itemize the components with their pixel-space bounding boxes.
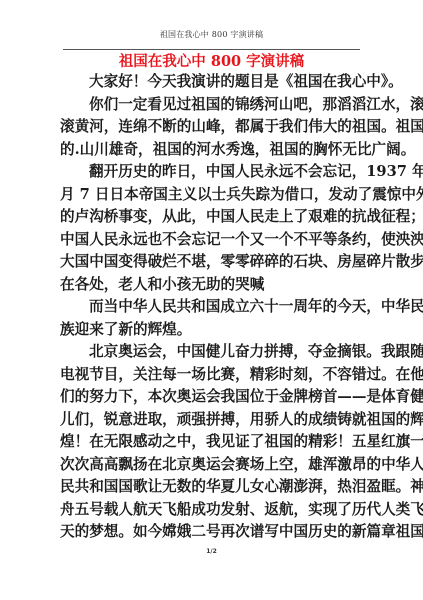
document-body: 大家好！今天我演讲的题目是《祖国在我心中》。 你们一定看见过祖国的锦绣河山吧，那…: [60, 71, 354, 544]
text-line: 们的努力下，本次奥运会我国位于金牌榜首——是体育健: [60, 386, 354, 409]
text-line: 族迎来了新的辉煌。: [60, 319, 354, 342]
text-line: 大国中国变得破烂不堪，零零碎碎的石块、房屋碎片散步: [60, 251, 354, 274]
paragraph-anniversary: 而当中华人民共和国成立六十一周年的今天，中华民 族迎来了新的辉煌。: [60, 296, 354, 341]
paragraph-olympics: 北京奥运会，中国健儿奋力拼搏，夺金摘银。我跟随 电视节目，关注每一场比赛，精彩时…: [60, 341, 354, 544]
text-line: 天的梦想。如今嫦娥二号再次谱写中国历史的新篇章祖国，: [60, 521, 354, 544]
text-line: 而当中华人民共和国成立六十一周年的今天，中华民: [60, 296, 354, 319]
running-header: 祖国在我心中 800 字演讲稿: [0, 30, 423, 40]
text-line: 舟五号载人航天飞船成功发射、返航，实现了历代人类飞: [60, 499, 354, 522]
text-line: 儿们，锐意进取，顽强拼搏，用骄人的成绩铸就祖国的辉: [60, 409, 354, 432]
text-line: 电视节目，关注每一场比赛，精彩时刻，不容错过。在他: [60, 364, 354, 387]
text-line: 中国人民永远也不会忘记一个又一个不平等条约，使泱泱: [60, 229, 354, 252]
paragraph-history: 翻开历史的昨日，中国人民永远不会忘记，1937 年 7 月 7 日日本帝国主义以…: [60, 161, 354, 296]
text-line: 月 7 日日本帝国主义以士兵失踪为借口，发动了震惊中外: [60, 184, 354, 207]
text-line: 的卢沟桥事变，从此，中国人民走上了艰难的抗战征程；: [60, 206, 354, 229]
text-line: 的.山川雄奇，祖国的河水秀逸，祖国的胸怀无比广阔。: [60, 139, 354, 162]
text-line: 大家好！今天我演讲的题目是《祖国在我心中》。: [60, 71, 354, 94]
document-title: 祖国在我心中 800 字演讲稿: [0, 52, 423, 72]
text-line: 民共和国国歌让无数的华夏儿女心潮澎湃，热泪盈眶。神: [60, 476, 354, 499]
page-number: 1/2: [0, 548, 423, 556]
text-line: 煌！在无限感动之中，我见证了祖国的精彩！五星红旗一: [60, 431, 354, 454]
paragraph-landscape: 你们一定看见过祖国的锦绣河山吧，那滔滔江水，滚 滚黄河，连绵不断的山峰，都属于我…: [60, 94, 354, 162]
text-line: 你们一定看见过祖国的锦绣河山吧，那滔滔江水，滚: [60, 94, 354, 117]
text-line: 北京奥运会，中国健儿奋力拼搏，夺金摘银。我跟随: [60, 341, 354, 364]
paragraph-greeting: 大家好！今天我演讲的题目是《祖国在我心中》。: [60, 71, 354, 94]
text-line: 翻开历史的昨日，中国人民永远不会忘记，1937 年 7: [60, 161, 354, 184]
header-divider: [63, 49, 360, 50]
text-line: 滚黄河，连绵不断的山峰，都属于我们伟大的祖国。祖国: [60, 116, 354, 139]
text-line: 次次高高飘扬在北京奥运会赛场上空，雄浑激昂的中华人: [60, 454, 354, 477]
text-line: 在各处，老人和小孩无助的哭喊: [60, 274, 354, 297]
